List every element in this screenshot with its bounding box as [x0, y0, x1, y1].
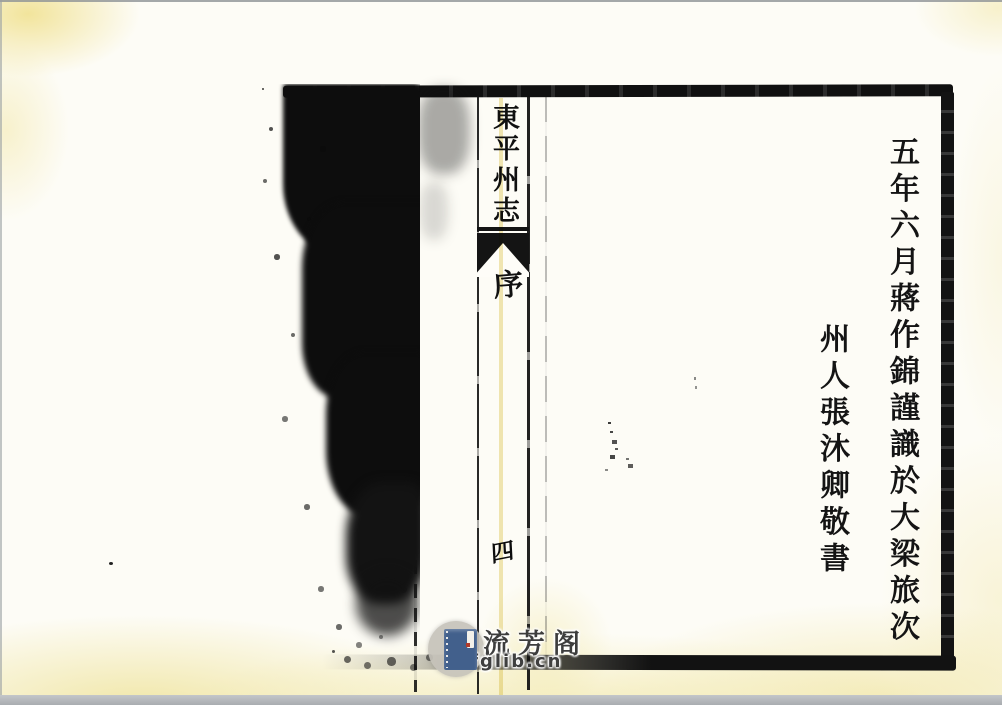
book-title: 東平州志	[488, 103, 518, 235]
frame-border-right	[941, 92, 954, 669]
center-column-left-rule	[477, 96, 479, 694]
ink-spill	[420, 182, 448, 240]
book-title-label	[467, 631, 474, 648]
ink-specks	[608, 422, 611, 424]
column-rule-line	[545, 96, 547, 656]
center-column-right-rule	[527, 96, 530, 690]
scanned-book-page: 東平州志 序 四 五年六月蔣作錦謹識於大梁旅次 州人張沐卿敬書 流芳阁 lfgl…	[0, 0, 1002, 705]
book-spine-stitches	[446, 631, 448, 668]
ink-blob	[356, 572, 418, 636]
ink-smudge	[258, 84, 420, 664]
colophon-column-date: 五年六月蔣作錦謹識於大梁旅次	[884, 136, 918, 661]
ink-speckles	[262, 88, 264, 90]
colophon-column-signature: 州人張沐卿敬書	[814, 323, 848, 588]
fold-crease-line	[499, 98, 503, 695]
watermark-site-url: lfglib.cn	[462, 651, 562, 672]
section-marker: 序	[491, 259, 525, 305]
scan-edge-top	[0, 0, 1002, 2]
ink-specks	[694, 377, 696, 380]
book-icon	[444, 629, 477, 670]
ink-spill	[418, 88, 470, 174]
seal-mark	[466, 643, 470, 647]
scan-edge-left	[0, 0, 2, 705]
scan-edge-bottom	[0, 695, 1002, 705]
ink-speck	[109, 562, 113, 565]
title-box-bottom-rule	[477, 227, 529, 231]
